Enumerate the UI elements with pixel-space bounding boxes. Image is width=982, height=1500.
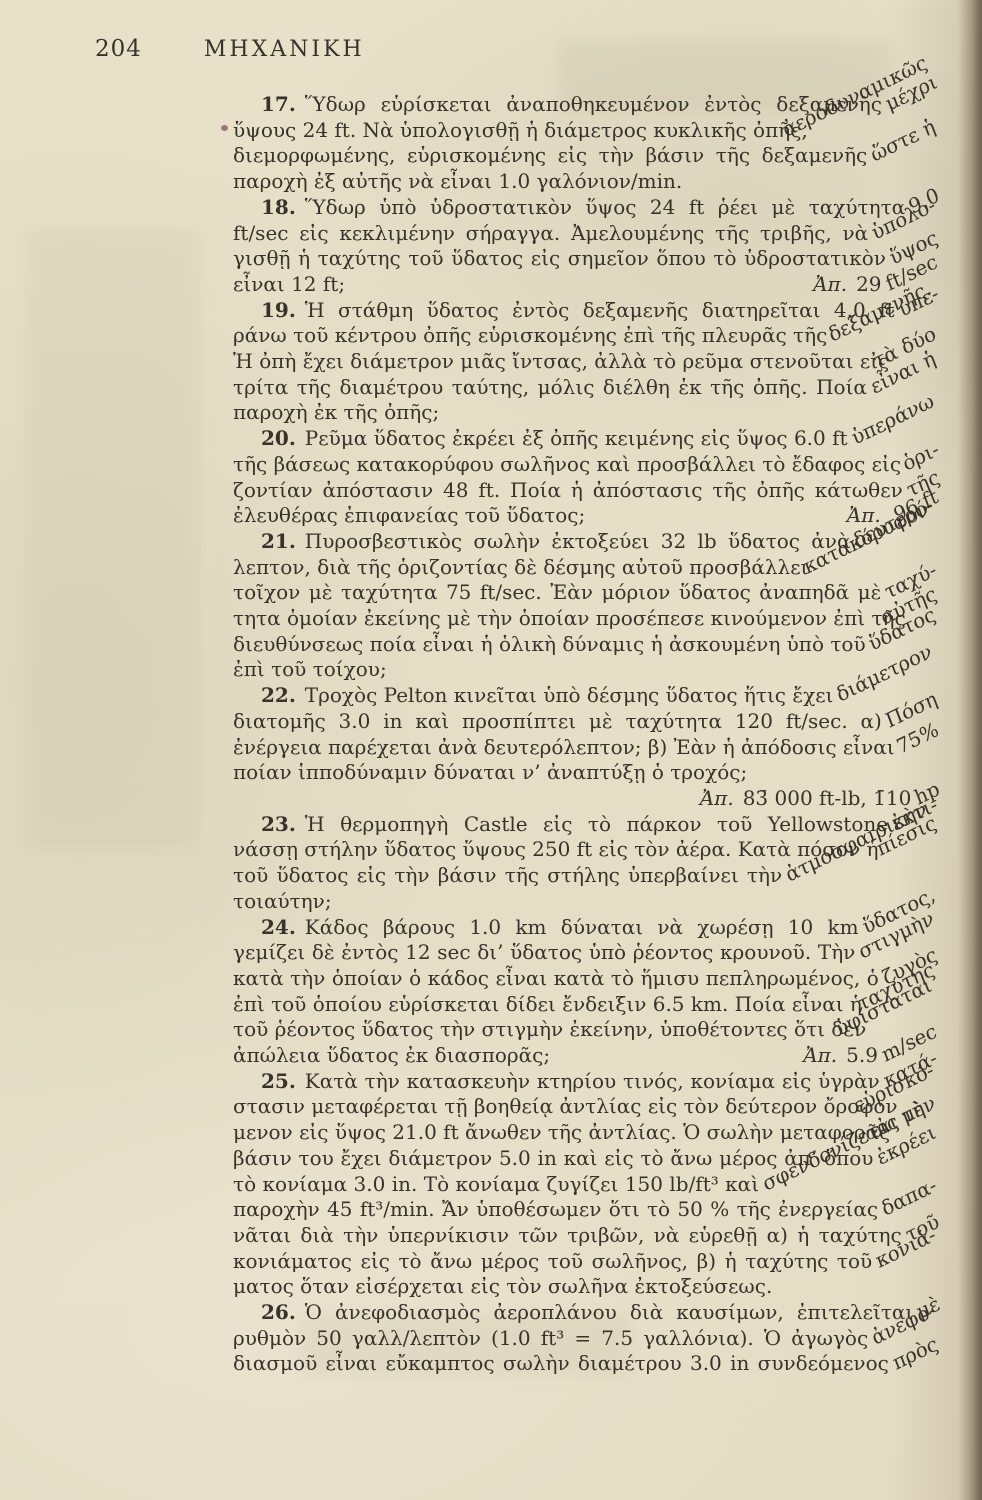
text-line: τοῖχον μὲ ταχύτητα 75 ft/sec. Ἐὰν μόριον… [233, 580, 945, 606]
problem-number: 26. [261, 1300, 296, 1326]
line-text: τοιαύτην; [233, 889, 945, 915]
text-line: 25.Κατὰ τὴν κατασκευὴν κτηρίου τινός, κο… [233, 1069, 945, 1095]
line-text: Ρεῦμα ὕδατος ἐκρέει ἐξ ὀπῆς κειμένης εἰς… [305, 426, 848, 452]
text-line: Ἀπ.83̄ 000 ft-lb, 1̄10hp [233, 786, 945, 812]
line-text: ἐπὶ τοῦ ὁποίου εὑρίσκεται δίδει ἔνδειξιν… [233, 992, 854, 1018]
text-line: νᾶται διὰ τὴν ὑπερνίκισιν τῶν τριβῶν, νὰ… [233, 1223, 945, 1249]
text-line: ἀπώλεια ὕδατος ἐκ διασπορᾶς;Ἀπ.5.9m/sec [233, 1043, 945, 1069]
text-line: 24.Κάδος βάρους 1.0 km δύναται νὰ χωρέσῃ… [233, 915, 945, 941]
line-text: ἀπώλεια ὕδατος ἐκ διασπορᾶς; [233, 1043, 803, 1069]
line-text: Κάδος βάρους 1.0 km δύναται νὰ χωρέσῃ 10… [305, 915, 859, 941]
line-text: Ὁ ἀνεφοδιασμὸς ἀεροπλάνου διὰ καυσίμων, … [305, 1300, 913, 1326]
problem-paragraph: 21.Πυροσβεστικὸς σωλὴν ἐκτοξεύει 32 lb ὕ… [233, 529, 945, 683]
text-line: διασμοῦ εἶναι εὔκαμπτος σωλὴν διαμέτρου … [233, 1351, 945, 1377]
text-line: τὸ κονίαμα 3.0 in. Τὸ κονίαμα ζυγίζει 15… [233, 1172, 945, 1198]
line-text: ἐλευθέρας ἐπιφανείας τοῦ ὕδατος; [233, 503, 847, 529]
text-line: ματος ὅταν εἰσέρχεται εἰς τὸν σωλῆνα ἐκτ… [233, 1274, 945, 1300]
line-text: λεπτον, διὰ τῆς ὁριζοντίας δὲ δέσμης αὐτ… [233, 555, 800, 581]
text-line: 22.Τροχὸς Pelton κινεῖται ὑπὸ δέσμης ὕδα… [233, 683, 945, 709]
text-line: κονιάματος εἰς τὸ ἄνω μέρος τοῦ σωλῆνος,… [233, 1249, 945, 1275]
line-text: κατὰ τὴν ὁποίαν ὁ κάδος εἶναι κατὰ τὸ ἥμ… [233, 966, 879, 992]
text-line: τητα ὁμοίαν ἐκείνης μὲ τὴν ὁποίαν προσέπ… [233, 606, 945, 632]
text-line: διεμορφωμένης, εὑρισκομένης εἰς τὴν βάσι… [233, 143, 945, 169]
line-text: ft/sec εἰς κεκλιμένην σήραγγα. Ἀμελουμέν… [233, 221, 868, 247]
problems-section: 17.Ὕδωρ εὑρίσκεται ἀναποθηκευμένον ἐντὸς… [233, 92, 945, 1377]
text-line: τοῦ ῥέοντος ὕδατος τὴν στιγμὴν ἐκείνην, … [233, 1017, 945, 1043]
problem-number: 24. [261, 915, 296, 941]
text-line: γισθῇ ἡ ταχύτης τοῦ ὕδατος εἰς σημεῖον ὅ… [233, 246, 945, 272]
text-line: 20.Ρεῦμα ὕδατος ἐκρέει ἐξ ὀπῆς κειμένης … [233, 426, 945, 452]
problem-paragraph: 19.Ἡ στάθμη ὕδατος ἐντὸς δεξαμενῆς διατη… [233, 298, 945, 427]
answer-value: 83̄ 000 ft-lb, 1̄10 [743, 786, 912, 810]
line-text: τητα ὁμοίαν ἐκείνης μὲ τὴν ὁποίαν προσέπ… [233, 606, 877, 632]
text-line: παροχὴ ἐκ τῆς ὀπῆς; [233, 400, 945, 426]
text-line: ράνω τοῦ κέντρου ὀπῆς εὑρισκομένης ἐπὶ τ… [233, 323, 945, 349]
text-line: Ἡ ὀπὴ ἔχει διάμετρον μιᾶς ἴντσας, ἀλλὰ τ… [233, 349, 945, 375]
text-line: ρυθμὸν 50 γαλλ/λεπτὸν (1.0 ft³ = 7.5 γαλ… [233, 1326, 945, 1352]
problem-paragraph: 20.Ρεῦμα ὕδατος ἐκρέει ἐξ ὀπῆς κειμένης … [233, 426, 945, 529]
showthrough-blotch [28, 230, 198, 850]
line-text: Ἡ ὀπὴ ἔχει διάμετρον μιᾶς ἴντσας, ἀλλὰ τ… [233, 349, 870, 375]
line-text: παροχὴ ἐκ τῆς ὀπῆς; [233, 400, 945, 426]
answer: Ἀπ.5.9 [803, 1043, 878, 1069]
problem-paragraph: 22.Τροχὸς Pelton κινεῖται ὑπὸ δέσμης ὕδα… [233, 683, 945, 812]
answer: Ἀπ.83̄ 000 ft-lb, 1̄10 [700, 786, 912, 812]
text-line: εἶναι 12 ft;Ἀπ.29ft/sec [233, 272, 945, 298]
line-text: ἐπὶ τοῦ τοίχου; [233, 657, 945, 683]
ink-speck [221, 125, 228, 131]
page-number: 204 [95, 36, 142, 62]
line-text: τοῦ ῥέοντος ὕδατος τὴν στιγμὴν ἐκείνην, … [233, 1017, 832, 1043]
problem-paragraph: 23.Ἡ θερμοπηγὴ Castle εἰς τὸ πάρκον τοῦ … [233, 812, 945, 915]
text-line: τοῦ ὕδατος εἰς τὴν βάσιν τῆς στήλης ὑπερ… [233, 863, 945, 889]
answer-label: Ἀπ. [700, 786, 743, 810]
line-text: ζοντίαν ἀπόστασιν 48 ft. Ποία ἡ ἀπόστασι… [233, 478, 903, 504]
answer-label: Ἀπ. [803, 1043, 846, 1067]
answer: Ἀπ.29 [813, 272, 881, 298]
line-text: γισθῇ ἡ ταχύτης τοῦ ὕδατος εἰς σημεῖον ὅ… [233, 246, 886, 272]
text-line: τῆς βάσεως κατακορύφου σωλῆνος καὶ προσβ… [233, 452, 945, 478]
text-line: παροχὴ ἐξ αὐτῆς νὰ εἶναι 1.0 γαλόνιον/mi… [233, 169, 945, 195]
text-line: ὕψους 24 ft. Νὰ ὑπολογισθῇ ἡ διάμετρος κ… [233, 118, 945, 144]
line-text: Ἡ στάθμη ὕδατος ἐντὸς δεξαμενῆς διατηρεῖ… [305, 298, 895, 324]
text-line: ἐπὶ τοῦ ὁποίου εὑρίσκεται δίδει ἔνδειξιν… [233, 992, 945, 1018]
page-header: 204 ΜΗΧΑΝΙΚΗ [95, 36, 365, 62]
line-text: ράνω τοῦ κέντρου ὀπῆς εὑρισκομένης ἐπὶ τ… [233, 323, 825, 349]
line-text: διασμοῦ εἶναι εὔκαμπτος σωλὴν διαμέτρου … [233, 1351, 889, 1377]
text-line: 26.Ὁ ἀνεφοδιασμὸς ἀεροπλάνου διὰ καυσίμω… [233, 1300, 945, 1326]
book-page: 204 ΜΗΧΑΝΙΚΗ 17.Ὕδωρ εὑρίσκεται ἀναποθηκ… [0, 0, 982, 1500]
text-line: ft/sec εἰς κεκλιμένην σήραγγα. Ἀμελουμέν… [233, 221, 945, 247]
line-text: Πυροσβεστικὸς σωλὴν ἐκτοξεύει 32 lb ὕδατ… [305, 529, 851, 555]
text-line: λεπτον, διὰ τῆς ὁριζοντίας δὲ δέσμης αὐτ… [233, 555, 945, 581]
text-line: διατομῆς 3.0 in καὶ προσπίπτει μὲ ταχύτη… [233, 709, 945, 735]
problem-number: 25. [261, 1069, 296, 1095]
line-text: νάσσῃ στήλην ὕδατος ὕψους 250 ft εἰς τὸν… [233, 837, 873, 863]
problem-paragraph: 24.Κάδος βάρους 1.0 km δύναται νὰ χωρέσῃ… [233, 915, 945, 1069]
line-text: ποίαν ἱπποδύναμιν δύναται ν’ ἀναπτύξῃ ὁ … [233, 760, 945, 786]
line-text: στασιν μεταφέρεται τῇ βοηθείᾳ ἀντλίας εἰ… [233, 1094, 850, 1120]
line-text: νᾶται διὰ τὴν ὑπερνίκισιν τῶν τριβῶν, νὰ… [233, 1223, 902, 1249]
line-text: τὸ κονίαμα 3.0 in. Τὸ κονίαμα ζυγίζει 15… [233, 1172, 759, 1198]
line-text: τοῦ ὕδατος εἰς τὴν βάσιν τῆς στήλης ὑπερ… [233, 863, 782, 889]
answer-label: Ἀπ. [813, 272, 856, 296]
line-text: γεμίζει δὲ ἐντὸς 12 sec δι’ ὕδατος ὑπὸ ῥ… [233, 940, 855, 966]
line-text: εἶναι 12 ft; [233, 272, 813, 298]
line-text: Τροχὸς Pelton κινεῖται ὑπὸ δέσμης ὕδατος… [305, 683, 833, 709]
line-text: τρίτα τῆς διαμέτρου ταύτης, μόλις διέλθη… [233, 375, 867, 401]
line-text: μενον εἰς ὕψος 21.0 ft ἄνωθεν τῆς ἀντλία… [233, 1120, 866, 1146]
problem-number: 18. [261, 195, 296, 221]
text-line: στασιν μεταφέρεται τῇ βοηθείᾳ ἀντλίας εἰ… [233, 1094, 945, 1120]
line-text: τῆς βάσεως κατακορύφου σωλῆνος καὶ προσβ… [233, 452, 899, 478]
line-text: παροχὴν 45 ft³/min. Ἄν ὑποθέσωμεν ὅτι τὸ… [233, 1197, 878, 1223]
line-text: ὕψους 24 ft. Νὰ ὑπολογισθῇ ἡ διάμετρος κ… [233, 118, 779, 144]
text-line: κατὰ τὴν ὁποίαν ὁ κάδος εἶναι κατὰ τὸ ἥμ… [233, 966, 945, 992]
text-line: παροχὴν 45 ft³/min. Ἄν ὑποθέσωμεν ὅτι τὸ… [233, 1197, 945, 1223]
problem-paragraph: 25.Κατὰ τὴν κατασκευὴν κτηρίου τινός, κο… [233, 1069, 945, 1300]
problem-number: 23. [261, 812, 296, 838]
text-line: διευθύνσεως ποία εἶναι ἡ ὁλικὴ δύναμις ἡ… [233, 632, 945, 658]
problem-number: 17. [261, 92, 296, 118]
problem-number: 21. [261, 529, 296, 555]
problem-paragraph: 18.Ὕδωρ ὑπὸ ὑδροστατικὸν ὕψος 24 ft ῥέει… [233, 195, 945, 298]
answer-value: 5.9 [846, 1043, 878, 1067]
line-text: διευθύνσεως ποία εἶναι ἡ ὁλικὴ δύναμις ἡ… [233, 632, 865, 658]
text-line: τοιαύτην; [233, 889, 945, 915]
text-line: γεμίζει δὲ ἐντὸς 12 sec δι’ ὕδατος ὑπὸ ῥ… [233, 940, 945, 966]
text-line: ἐπὶ τοῦ τοίχου; [233, 657, 945, 683]
problem-number: 19. [261, 298, 296, 324]
text-line: 23.Ἡ θερμοπηγὴ Castle εἰς τὸ πάρκον τοῦ … [233, 812, 945, 838]
text-line: ἐνέργεια παρέχεται ἀνὰ δευτερόλεπτον; β)… [233, 735, 945, 761]
line-text: διεμορφωμένης, εὑρισκομένης εἰς τὴν βάσι… [233, 143, 867, 169]
line-text: Ὕδωρ ὑπὸ ὑδροστατικὸν ὕψος 24 ft ῥέει μὲ… [305, 195, 905, 221]
text-line: ἐλευθέρας ἐπιφανείας τοῦ ὕδατος;Ἀπ.96 ft [233, 503, 945, 529]
line-text: τοῖχον μὲ ταχύτητα 75 ft/sec. Ἐὰν μόριον… [233, 580, 881, 606]
text-line: ποίαν ἱπποδύναμιν δύναται ν’ ἀναπτύξῃ ὁ … [233, 760, 945, 786]
line-text: ρυθμὸν 50 γαλλ/λεπτὸν (1.0 ft³ = 7.5 γαλ… [233, 1326, 868, 1352]
text-line: 18.Ὕδωρ ὑπὸ ὑδροστατικὸν ὕψος 24 ft ῥέει… [233, 195, 945, 221]
line-text: κονιάματος εἰς τὸ ἄνω μέρος τοῦ σωλῆνος,… [233, 1249, 872, 1275]
line-text: παροχὴ ἐξ αὐτῆς νὰ εἶναι 1.0 γαλόνιον/mi… [233, 169, 945, 195]
text-line: τρίτα τῆς διαμέτρου ταύτης, μόλις διέλθη… [233, 375, 945, 401]
line-text: Ἡ θερμοπηγὴ Castle εἰς τὸ πάρκον τοῦ Yel… [305, 812, 888, 838]
line-text: ἐνέργεια παρέχεται ἀνὰ δευτερόλεπτον; β)… [233, 735, 893, 761]
problem-number: 22. [261, 683, 296, 709]
line-text: διατομῆς 3.0 in καὶ προσπίπτει μὲ ταχύτη… [233, 709, 882, 735]
running-title: ΜΗΧΑΝΙΚΗ [204, 37, 365, 62]
problem-paragraph: 26.Ὁ ἀνεφοδιασμὸς ἀεροπλάνου διὰ καυσίμω… [233, 1300, 945, 1377]
text-line: ζοντίαν ἀπόστασιν 48 ft. Ποία ἡ ἀπόστασι… [233, 478, 945, 504]
problem-paragraph: 17.Ὕδωρ εὑρίσκεται ἀναποθηκευμένον ἐντὸς… [233, 92, 945, 195]
problem-number: 20. [261, 426, 296, 452]
answer-value: 29 [856, 272, 881, 296]
line-text: Κατὰ τὴν κατασκευὴν κτηρίου τινός, κονία… [305, 1069, 880, 1095]
line-text: ματος ὅταν εἰσέρχεται εἰς τὸν σωλῆνα ἐκτ… [233, 1274, 945, 1300]
page-edge-shadow [958, 0, 982, 1500]
